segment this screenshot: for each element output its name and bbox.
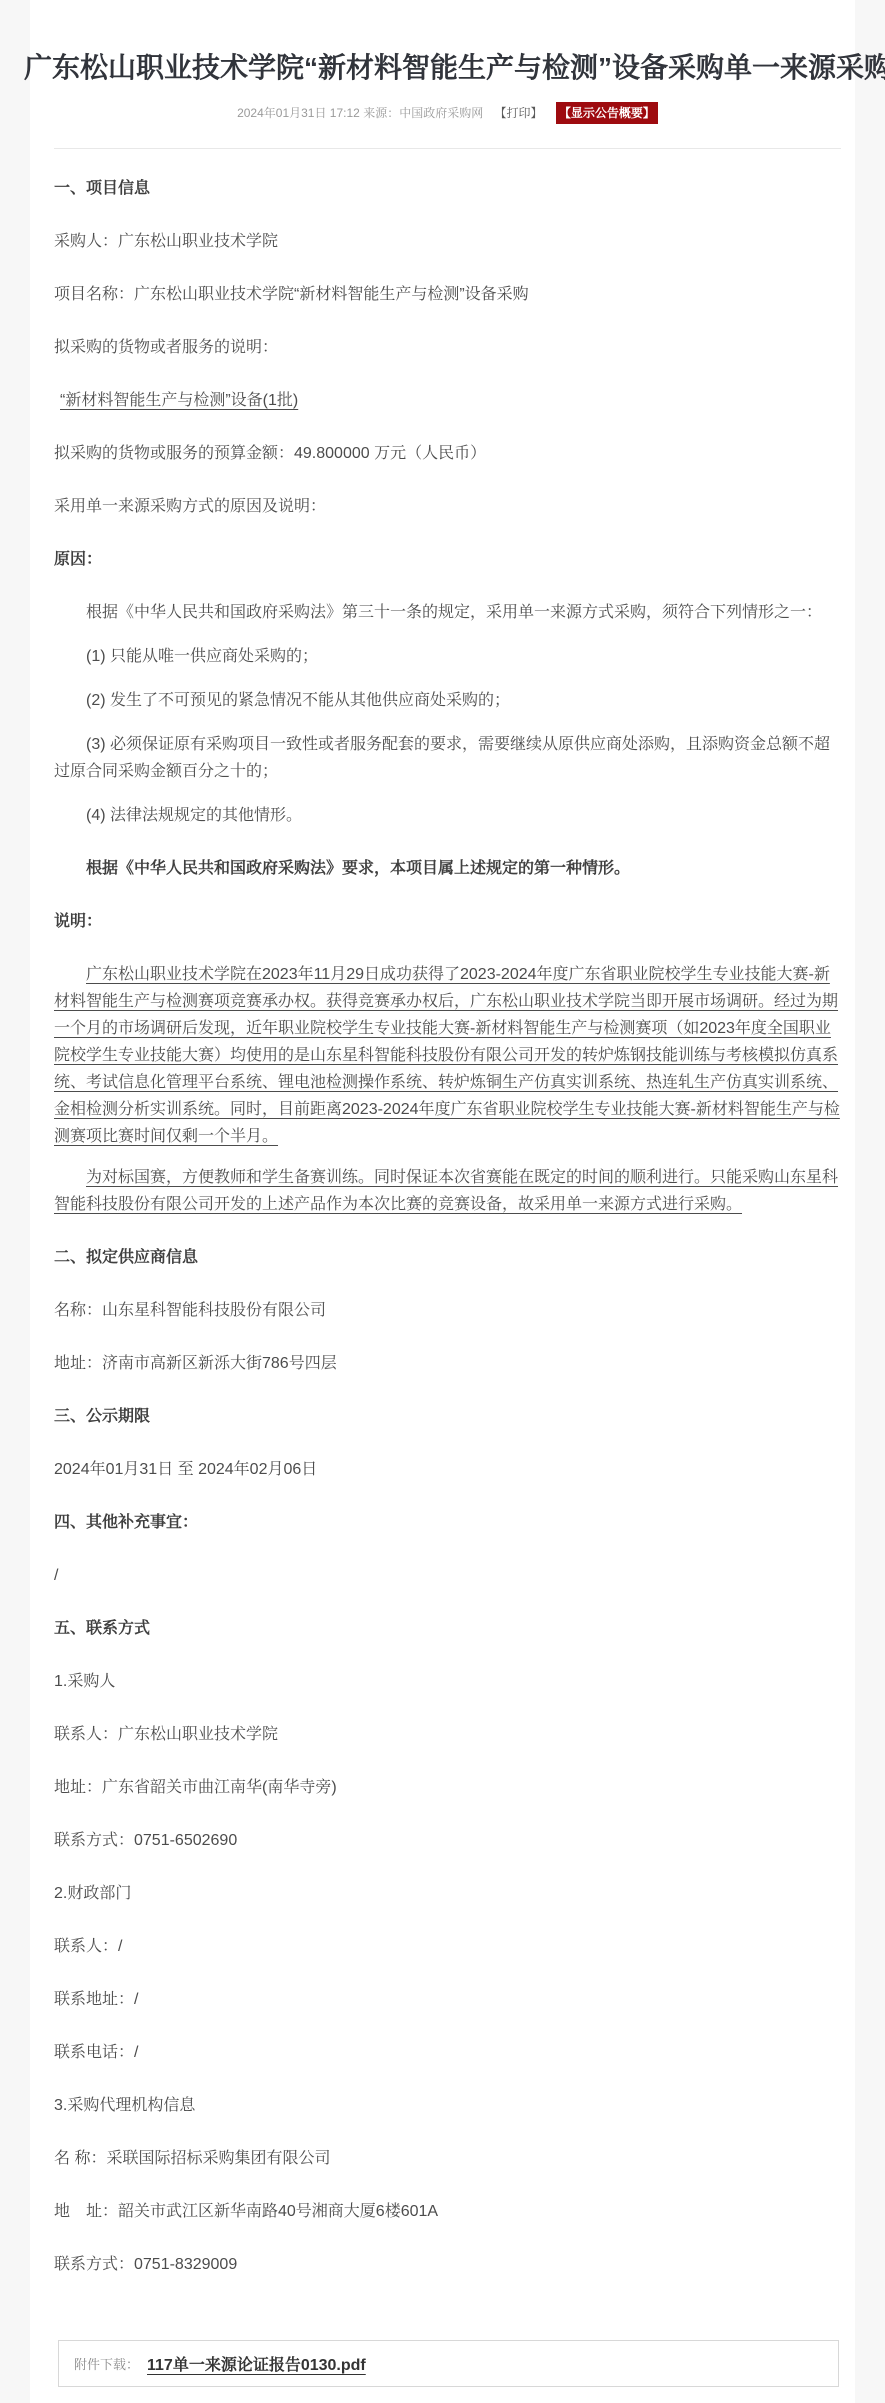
list-item: (3) 必须保证原有采购项目一致性或者服务配套的要求，需要继续从原供应商处添购，… bbox=[54, 731, 841, 785]
paragraph: 3.采购代理机构信息 bbox=[54, 2092, 841, 2119]
print-button[interactable]: 【打印】 bbox=[495, 106, 543, 120]
attachment-box: 附件下载： 117单一来源论证报告0130.pdf bbox=[58, 2340, 839, 2387]
publish-datetime: 2024年01月31日 17:12 bbox=[237, 106, 360, 120]
paragraph: 联系人：广东松山职业技术学院 bbox=[54, 1721, 841, 1748]
paragraph: 采用单一来源采购方式的原因及说明： bbox=[54, 493, 841, 520]
list-item: (4) 法律法规规定的其他情形。 bbox=[54, 802, 841, 829]
paragraph: 为对标国赛，方便教师和学生备赛训练。同时保证本次省赛能在既定的时间的顺利进行。只… bbox=[54, 1164, 841, 1218]
paragraph: / bbox=[54, 1562, 841, 1589]
paragraph: 联系人：/ bbox=[54, 1933, 841, 1960]
announcement-page: 广东松山职业技术学院“新材料智能生产与检测”设备采购单一来源采购公示 2024年… bbox=[30, 0, 855, 2403]
paragraph: 联系方式：0751-8329009 bbox=[54, 2251, 841, 2278]
section-heading: 原因： bbox=[54, 546, 841, 573]
paragraph: 地 址：韶关市武江区新华南路40号湘商大厦6楼601A bbox=[54, 2198, 841, 2225]
source-label: 来源：中国政府采购网 bbox=[363, 106, 483, 120]
page-title: 广东松山职业技术学院“新材料智能生产与检测”设备采购单一来源采购公示 bbox=[24, 50, 871, 86]
list-item: (1) 只能从唯一供应商处采购的； bbox=[54, 643, 841, 670]
attachment-file-link[interactable]: 117单一来源论证报告0130.pdf bbox=[147, 2352, 366, 2375]
paragraph: 拟采购的货物或者服务的说明： bbox=[54, 334, 841, 361]
show-summary-button[interactable]: 【显示公告概要】 bbox=[556, 102, 658, 124]
paragraph: 1.采购人 bbox=[54, 1668, 841, 1695]
paragraph: 联系方式：0751-6502690 bbox=[54, 1827, 841, 1854]
attachment-label: 附件下载： bbox=[74, 2354, 139, 2373]
section-heading: 一、项目信息 bbox=[54, 175, 841, 202]
paragraph: 项目名称：广东松山职业技术学院“新材料智能生产与检测”设备采购 bbox=[54, 281, 841, 308]
section-heading: 五、联系方式 bbox=[54, 1615, 841, 1642]
paragraph: 名 称：采联国际招标采购集团有限公司 bbox=[54, 2145, 841, 2172]
paragraph: “新材料智能生产与检测”设备(1批) bbox=[54, 387, 841, 414]
meta-line: 2024年01月31日 17:12 来源：中国政府采购网 【打印】 【显示公告概… bbox=[54, 102, 841, 124]
list-item: (2) 发生了不可预见的紧急情况不能从其他供应商处采购的； bbox=[54, 687, 841, 714]
section-heading: 二、拟定供应商信息 bbox=[54, 1244, 841, 1271]
paragraph: 联系地址：/ bbox=[54, 1986, 841, 2013]
paragraph: 根据《中华人民共和国政府采购法》要求，本项目属上述规定的第一种情形。 bbox=[54, 855, 841, 882]
paragraph: 2024年01月31日 至 2024年02月06日 bbox=[54, 1456, 841, 1483]
announcement-body: 一、项目信息 采购人：广东松山职业技术学院 项目名称：广东松山职业技术学院“新材… bbox=[54, 175, 841, 2278]
paragraph: 地址：广东省韶关市曲江南华(南华寺旁) bbox=[54, 1774, 841, 1801]
paragraph: 根据《中华人民共和国政府采购法》第三十一条的规定，采用单一来源方式采购，须符合下… bbox=[54, 599, 841, 626]
section-heading: 四、其他补充事宜： bbox=[54, 1509, 841, 1536]
section-heading: 三、公示期限 bbox=[54, 1403, 841, 1430]
paragraph: 广东松山职业技术学院在2023年11月29日成功获得了2023-2024年度广东… bbox=[54, 961, 841, 1150]
paragraph: 拟采购的货物或服务的预算金额：49.800000 万元（人民币） bbox=[54, 440, 841, 467]
paragraph: 地址：济南市高新区新泺大街786号四层 bbox=[54, 1350, 841, 1377]
paragraph: 名称：山东星科智能科技股份有限公司 bbox=[54, 1297, 841, 1324]
paragraph: 联系电话：/ bbox=[54, 2039, 841, 2066]
paragraph: 2.财政部门 bbox=[54, 1880, 841, 1907]
divider bbox=[54, 148, 841, 149]
section-heading: 说明： bbox=[54, 908, 841, 935]
paragraph: 采购人：广东松山职业技术学院 bbox=[54, 228, 841, 255]
